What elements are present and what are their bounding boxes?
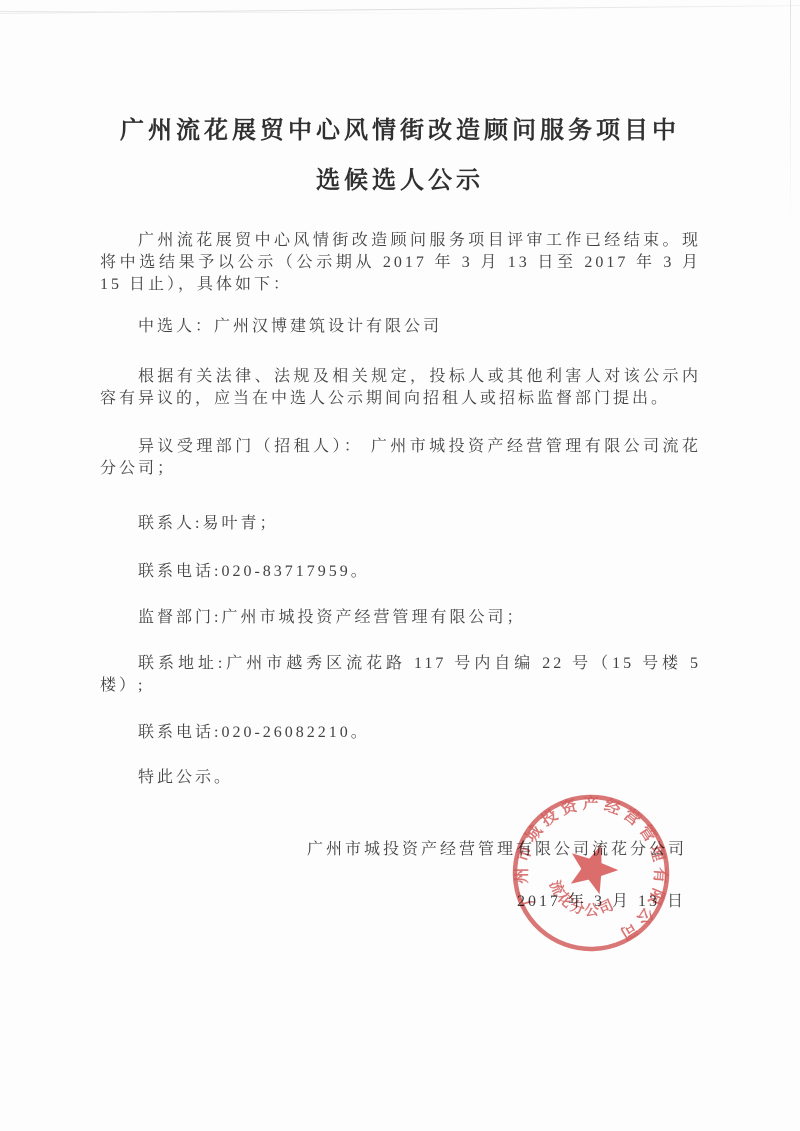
paragraph-supervision-dept: 监督部门:广州市城投资产经营管理有限公司； bbox=[100, 607, 701, 629]
paragraph-legal-objection: 根据有关法律、法规及相关规定，投标人或其他利害人对该公示内容有异议的，应当在中选… bbox=[100, 366, 701, 410]
paragraph-contact-person: 联系人:易叶青； bbox=[100, 513, 701, 535]
scanned-notice-page: 广州流花展贸中心风情街改造顾问服务项目中 选候选人公示 广州流花展贸中心风情街改… bbox=[0, 0, 800, 1131]
paragraph-closing: 特此公示。 bbox=[100, 767, 701, 789]
paragraph-contact-phone-2: 联系电话:020-26082210。 bbox=[100, 722, 701, 744]
paragraph-objection-dept: 异议受理部门（招租人）： 广州市城投资产经营管理有限公司流花分公司； bbox=[100, 436, 701, 480]
signature-company: 广州市城投资产经营管理有限公司流花分公司 bbox=[100, 836, 700, 859]
paragraph-contact-address: 联系地址:广州市越秀区流花路 117 号内自编 22 号（15 号楼 5 楼）; bbox=[100, 653, 701, 697]
notice-title: 广州流花展贸中心风情街改造顾问服务项目中 选候选人公示 bbox=[100, 106, 700, 206]
signature-date: 2017 年 3 月 13 日 bbox=[100, 888, 700, 911]
notice-body: 广州流花展贸中心风情街改造顾问服务项目评审工作已经结束。现将中选结果予以公示（公… bbox=[100, 230, 701, 789]
paragraph-intro: 广州流花展贸中心风情街改造顾问服务项目评审工作已经结束。现将中选结果予以公示（公… bbox=[100, 230, 701, 296]
signature-block: 广州市城投资产经营管理有限公司流花分公司 2017 年 3 月 13 日 bbox=[100, 836, 700, 911]
notice-title-line-2: 选候选人公示 bbox=[100, 156, 700, 206]
paragraph-contact-phone-1: 联系电话:020-83717959。 bbox=[100, 561, 701, 583]
notice-title-line-1: 广州流花展贸中心风情街改造顾问服务项目中 bbox=[100, 106, 700, 156]
paragraph-winner: 中选人：广州汉博建筑设计有限公司 bbox=[100, 316, 701, 338]
scan-artifact-right-edge bbox=[790, 0, 791, 235]
